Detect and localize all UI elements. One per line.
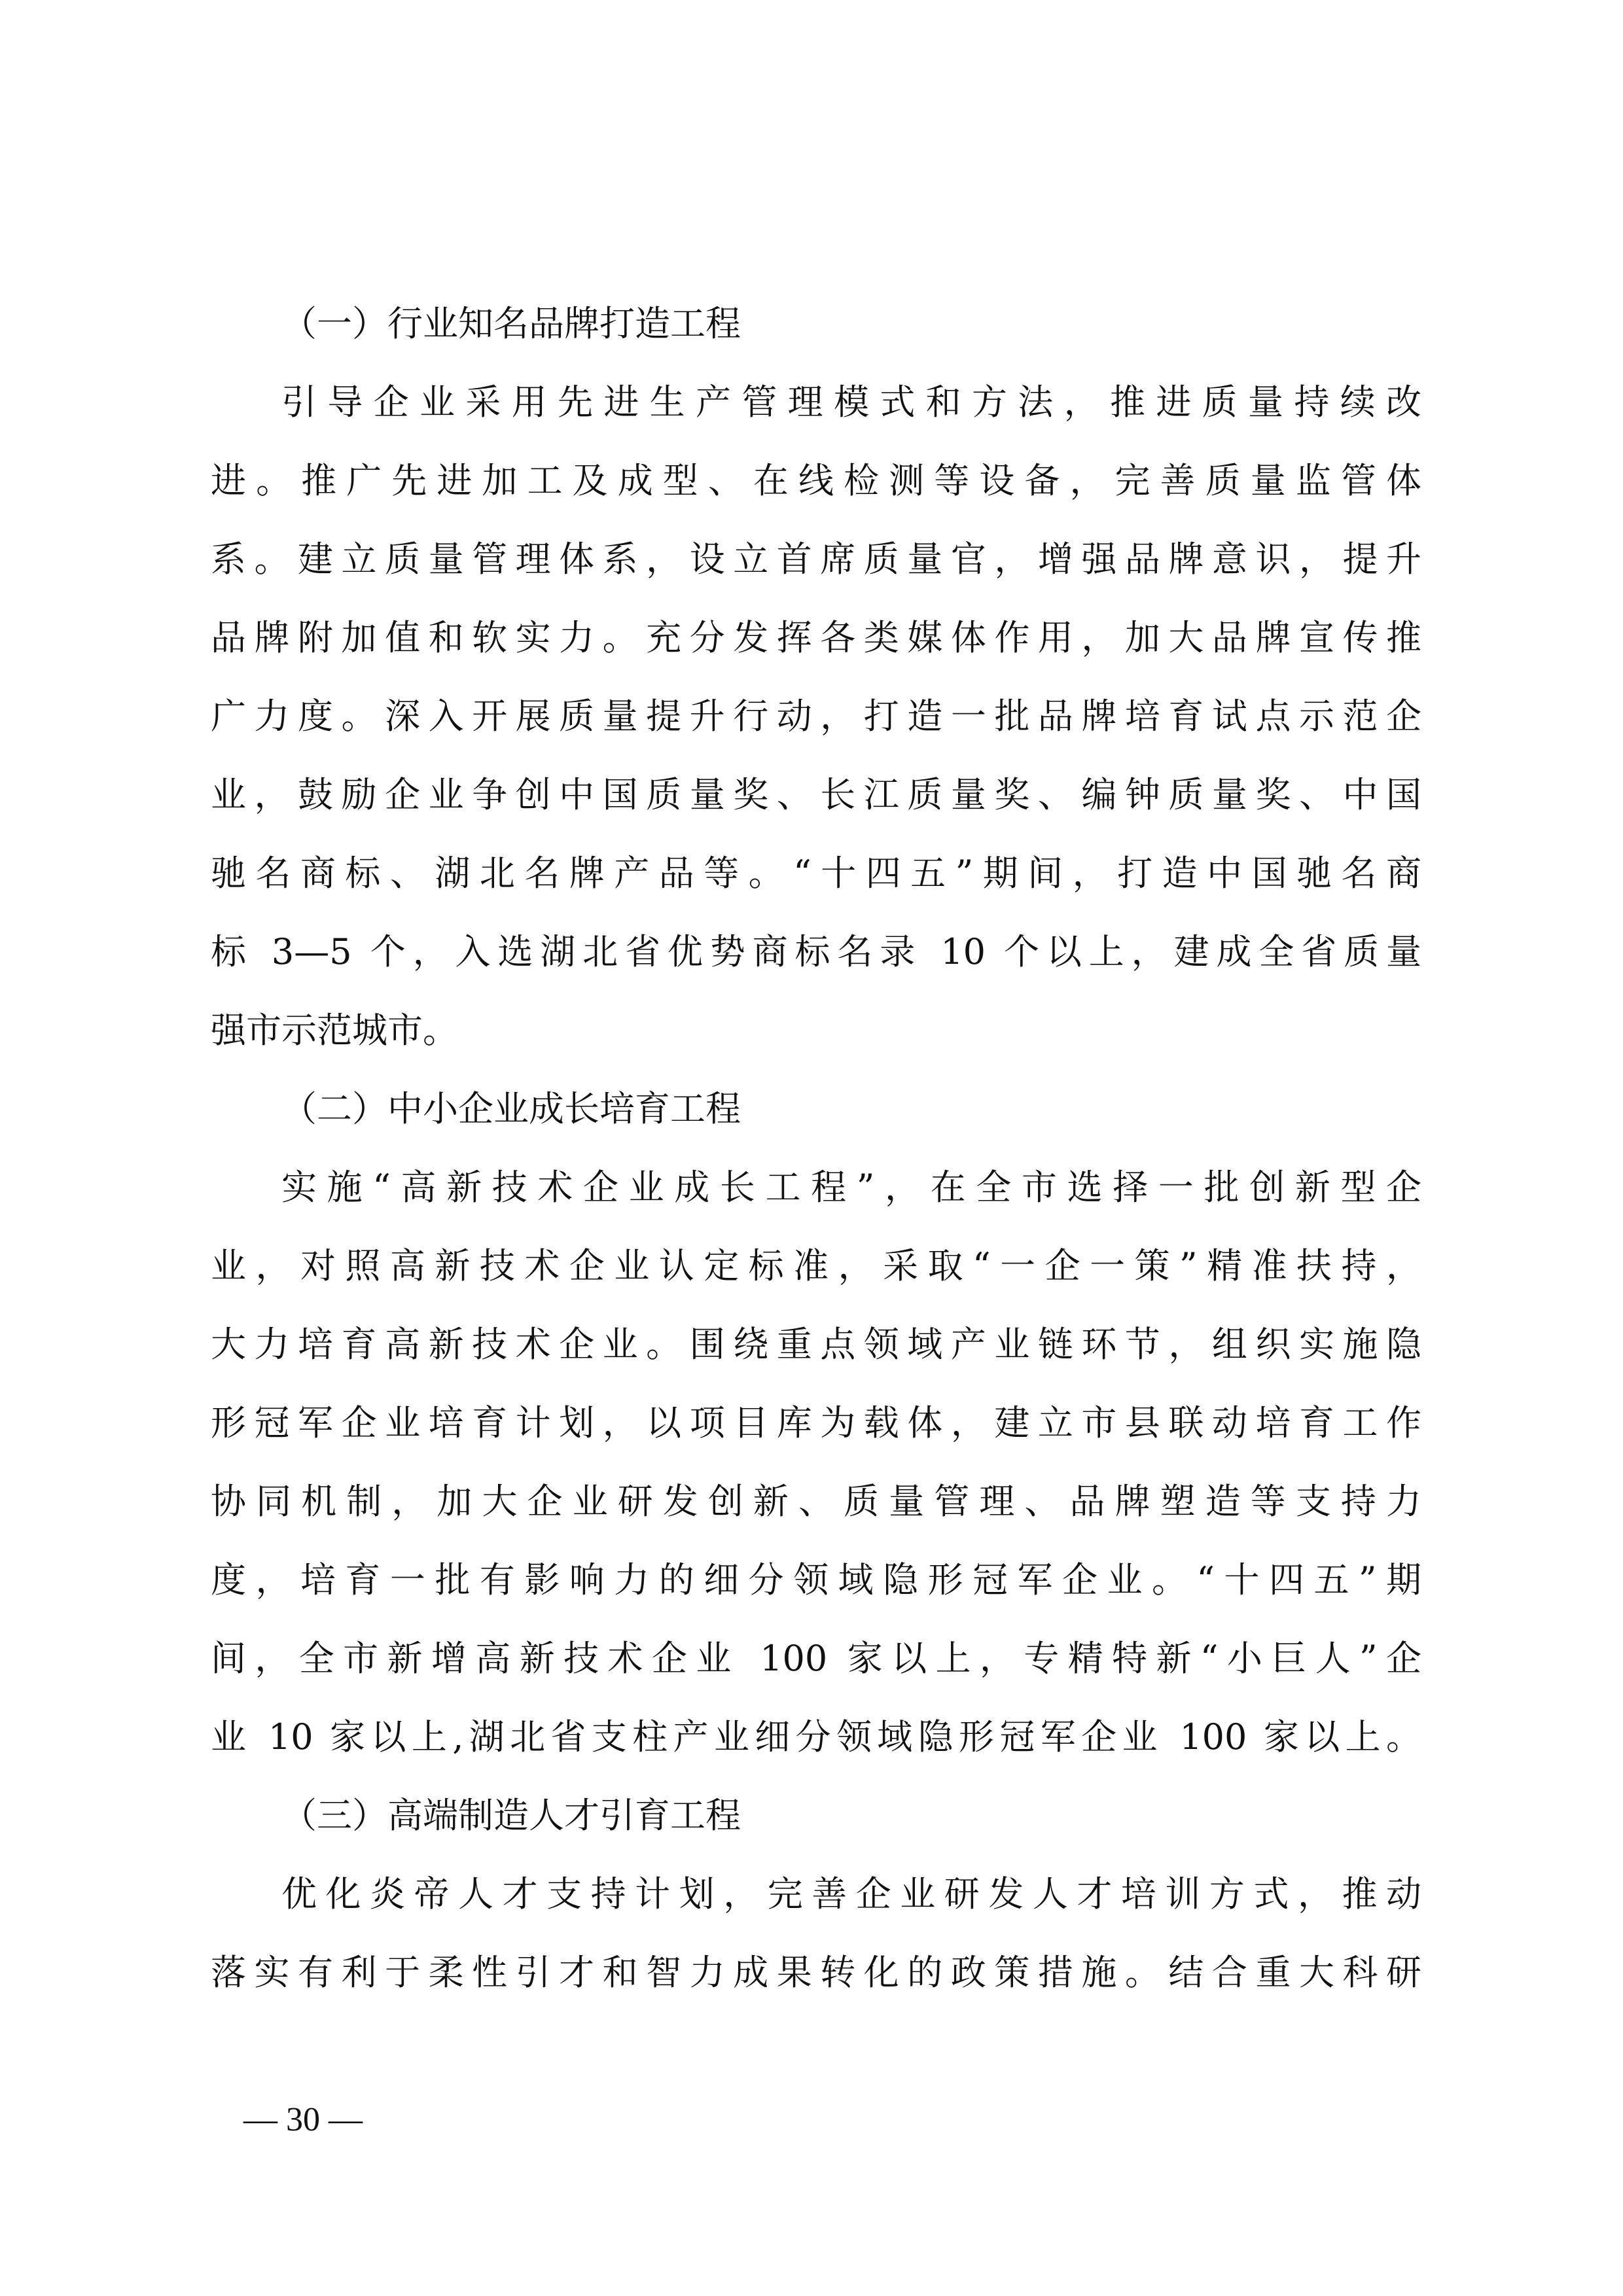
paragraph-line: 形冠军企业培育计划，以项目库为载体，建立市县联动培育工作 <box>211 1400 1421 1446</box>
paragraph-line: 引导企业采用先进生产管理模式和方法，推进质量持续改 <box>281 380 1421 425</box>
paragraph-line: 进。推广先进加工及成型、在线检测等设备，完善质量监管体 <box>211 458 1421 504</box>
paragraph-line: 协同机制，加大企业研发创新、质量管理、品牌塑造等支持力 <box>211 1479 1421 1525</box>
paragraph-line: 业，鼓励企业争创中国质量奖、长江质量奖、编钟质量奖、中国 <box>211 772 1421 818</box>
paragraph-line: 大力培育高新技术企业。围绕重点领域产业链环节，组织实施隐 <box>211 1322 1421 1368</box>
paragraph-line: 驰名商标、湖北名牌产品等。“十四五”期间，打造中国驰名商 <box>211 851 1421 896</box>
paragraph-line: 优化炎帝人才支持计划，完善企业研发人才培训方式，推动 <box>281 1871 1421 1917</box>
paragraph-line: 广力度。深入开展质量提升行动，打造一批品牌培育试点示范企 <box>211 694 1421 739</box>
paragraph-line: 间，全市新增高新技术企业 100 家以上，专精特新“小巨人”企 <box>211 1636 1421 1682</box>
paragraph-line: 实施“高新技术企业成长工程”，在全市选择一批创新型企 <box>281 1165 1421 1210</box>
paragraph-line: 度，培育一批有影响力的细分领域隐形冠军企业。“十四五”期 <box>211 1557 1421 1603</box>
paragraph-line: 落实有利于柔性引才和智力成果转化的政策措施。结合重大科研 <box>211 1950 1421 1996</box>
paragraph-line: 业，对照高新技术企业认定标准，采取“一企一策”精准扶持， <box>211 1243 1421 1289</box>
paragraph-line: 强市示范城市。 <box>211 1008 1421 1053</box>
section-heading-1: （一）行业知名品牌打造工程 <box>281 301 1421 347</box>
paragraph-line: 系。建立质量管理体系，设立首席质量官，增强品牌意识，提升 <box>211 537 1421 582</box>
paragraph-line: 标 3—5 个，入选湖北省优势商标名录 10 个以上，建成全省质量 <box>211 929 1421 975</box>
section-heading-2: （二）中小企业成长培育工程 <box>281 1086 1421 1132</box>
paragraph-line: 业 10 家以上,湖北省支柱产业细分领域隐形冠军企业 100 家以上。 <box>211 1714 1421 1760</box>
paragraph-line: 品牌附加值和软实力。充分发挥各类媒体作用，加大品牌宣传推 <box>211 615 1421 661</box>
document-page: （一）行业知名品牌打造工程 引导企业采用先进生产管理模式和方法，推进质量持续改 … <box>0 0 1623 2296</box>
section-heading-3: （三）高端制造人才引育工程 <box>281 1793 1421 1839</box>
page-number: — 30 — <box>243 2097 363 2143</box>
